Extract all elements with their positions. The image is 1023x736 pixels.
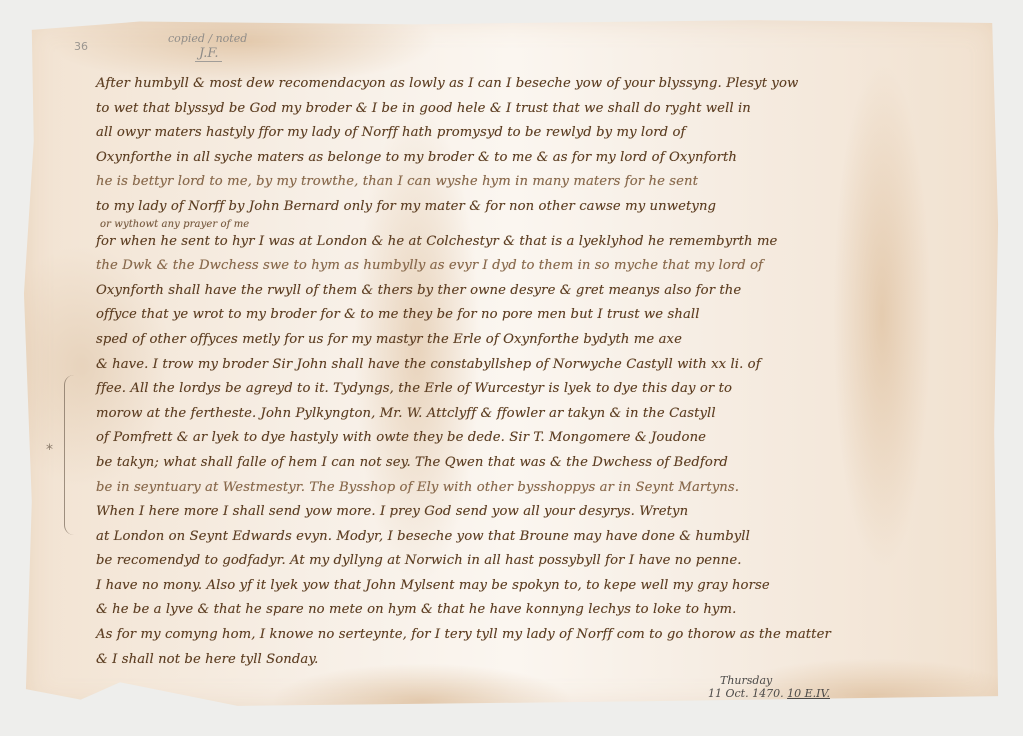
folio-number: 36 [74,40,88,53]
letter-line: all owyr maters hastyly ffor my lady of … [96,121,1016,146]
letter-line: morow at the fertheste. John Pylkyngton,… [96,402,1016,427]
letter-line: Oxynforthe in all syche maters as belong… [96,146,1016,171]
date-annotation-date: 11 Oct. 1470. 10 E.IV. [708,687,830,700]
interlinear-insertion: or wythowt any prayer of me [100,220,1016,230]
letter-line: for when he sent to hyr I was at London … [96,230,1016,255]
margin-asterisk-mark: * [46,442,53,458]
archival-initials: J.F. [195,46,222,62]
date-annotation: Thursday 11 Oct. 1470. 10 E.IV. [708,674,830,700]
letter-body: After humbyll & most dew recomendacyon a… [96,72,1016,672]
archival-annotation: copied / noted [168,32,247,45]
letter-line: Oxynforth shall have the rwyll of them &… [96,279,1016,304]
letter-line: he is bettyr lord to me, by my trowthe, … [96,170,1016,195]
letter-line: & I shall not be here tyll Sonday. [96,648,1016,673]
letter-line: ffee. All the lordys be agreyd to it. Ty… [96,377,1016,402]
date-annotation-regnal-year: 10 E.IV. [787,687,830,700]
letter-line: & have. I trow my broder Sir John shall … [96,353,1016,378]
date-annotation-calendar: 11 Oct. 1470. [708,687,784,700]
margin-brace-mark [64,375,79,535]
letter-line: be in seyntuary at Westmestyr. The Byssh… [96,476,1016,501]
letter-line: offyce that ye wrot to my broder for & t… [96,303,1016,328]
letter-line: to wet that blyssyd be God my broder & I… [96,97,1016,122]
letter-line: When I here more I shall send yow more. … [96,500,1016,525]
letter-line: I have no mony. Also yf it lyek yow that… [96,574,1016,599]
letter-line: the Dwk & the Dwchess swe to hym as humb… [96,254,1016,279]
letter-line: be takyn; what shall falle of hem I can … [96,451,1016,476]
letter-line: be recomendyd to godfadyr. At my dyllyng… [96,549,1016,574]
letter-line: at London on Seynt Edwards evyn. Modyr, … [96,525,1016,550]
letter-line: of Pomfrett & ar lyek to dye hastyly wit… [96,426,1016,451]
letter-line: As for my comyng hom, I knowe no serteyn… [96,623,1016,648]
letter-line: & he be a lyve & that he spare no mete o… [96,598,1016,623]
letter-line: After humbyll & most dew recomendacyon a… [96,72,1016,97]
letter-line: sped of other offyces metly for us for m… [96,328,1016,353]
letter-line: to my lady of Norff by John Bernard only… [96,195,1016,220]
date-annotation-day: Thursday [708,674,830,687]
